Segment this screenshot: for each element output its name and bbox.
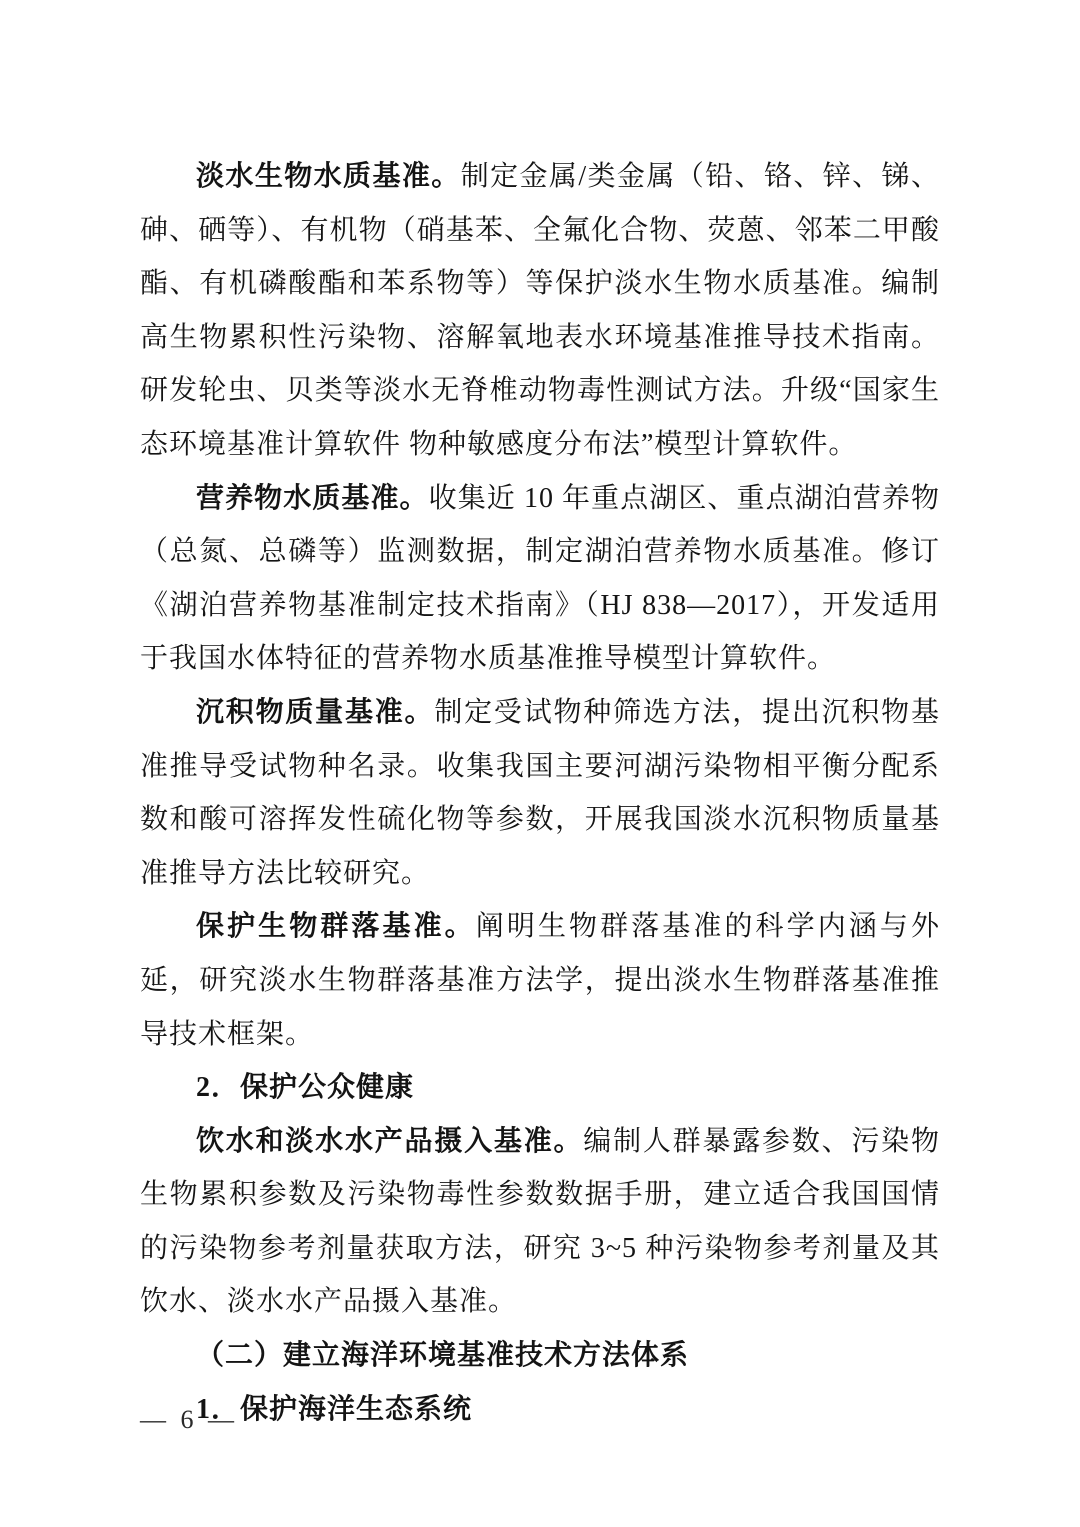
document-body: 淡水生物水质基准。制定金属/类金属（铅、铬、锌、锑、砷、硒等）、有机物（硝基苯、… bbox=[140, 150, 940, 1436]
para-sediment-quality-criteria: 沉积物质量基准。制定受试物种筛选方法，提出沉积物基准推导受试物种名录。收集我国主… bbox=[140, 686, 940, 900]
page-number: — 6 — bbox=[140, 1405, 238, 1435]
para-drinking-water-intake-criteria: 饮水和淡水水产品摄入基准。编制人群暴露参数、污染物生物累积参数及污染物毒性参数数… bbox=[140, 1115, 940, 1329]
page-number-text: — 6 — bbox=[140, 1405, 238, 1434]
para-lead-drinking-water-intake: 饮水和淡水水产品摄入基准。 bbox=[196, 1126, 583, 1157]
para-nutrient-water-quality-criteria: 营养物水质基准。收集近 10 年重点湖区、重点湖泊营养物（总氮、总磷等）监测数据… bbox=[140, 472, 940, 686]
para-biotic-community-criteria: 保护生物群落基准。阐明生物群落基准的科学内涵与外延，研究淡水生物群落基准方法学，… bbox=[140, 900, 940, 1061]
para-text-freshwater-aquatic-life: 制定金属/类金属（铅、铬、锌、锑、砷、硒等）、有机物（硝基苯、全氟化合物、荧蒽、… bbox=[140, 161, 940, 460]
para-freshwater-aquatic-life-criteria: 淡水生物水质基准。制定金属/类金属（铅、铬、锌、锑、砷、硒等）、有机物（硝基苯、… bbox=[140, 150, 940, 472]
para-lead-sediment-quality: 沉积物质量基准。 bbox=[196, 697, 434, 728]
heading-text-marine-criteria-method-system: （二）建立海洋环境基准技术方法体系 bbox=[196, 1340, 689, 1371]
para-lead-biotic-community: 保护生物群落基准。 bbox=[196, 911, 476, 942]
heading-protect-marine-ecosystem: 1．保护海洋生态系统 bbox=[140, 1383, 940, 1437]
heading-protect-public-health: 2．保护公众健康 bbox=[140, 1061, 940, 1115]
document-page: 淡水生物水质基准。制定金属/类金属（铅、铬、锌、锑、砷、硒等）、有机物（硝基苯、… bbox=[0, 0, 1080, 1527]
para-lead-freshwater-aquatic-life: 淡水生物水质基准。 bbox=[196, 161, 461, 192]
para-lead-nutrient-criteria: 营养物水质基准。 bbox=[196, 483, 429, 514]
heading-marine-criteria-method-system: （二）建立海洋环境基准技术方法体系 bbox=[140, 1329, 940, 1383]
heading-text-protect-public-health: 2．保护公众健康 bbox=[196, 1072, 414, 1103]
